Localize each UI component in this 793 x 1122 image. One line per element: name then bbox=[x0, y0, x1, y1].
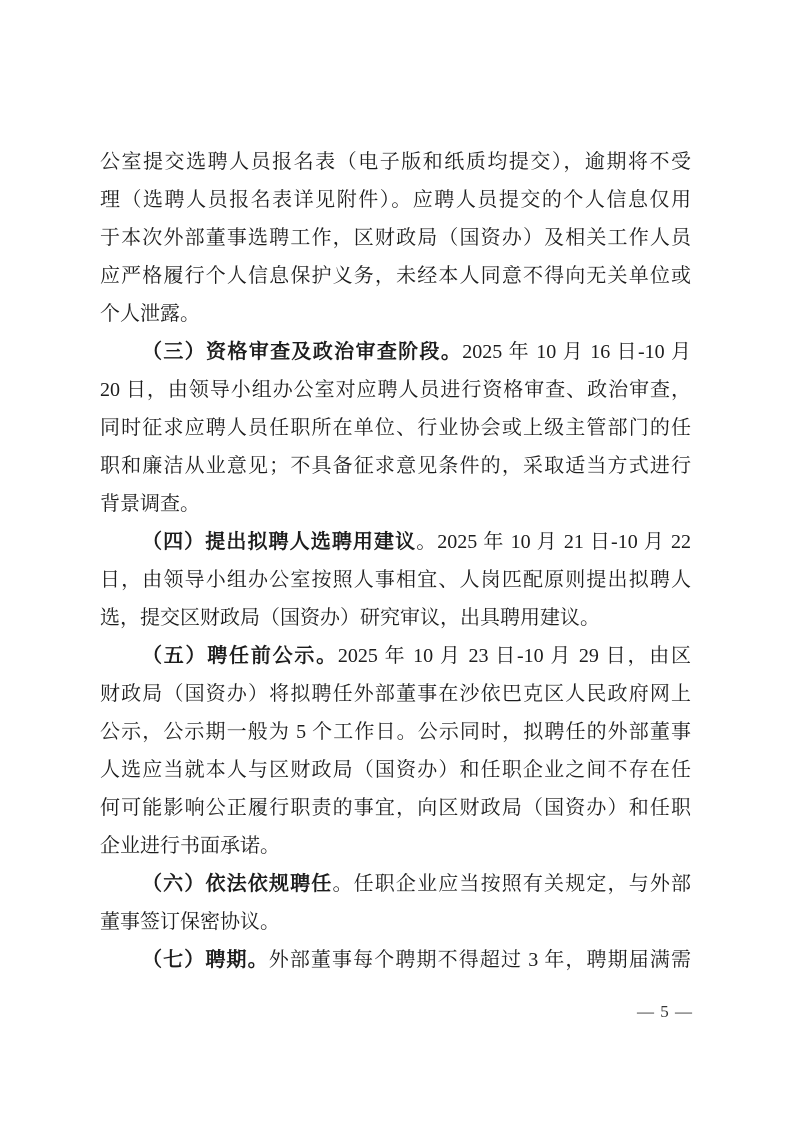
text-run: 外部董事每个聘期不得超过 3 年，聘期届满需 bbox=[269, 949, 691, 971]
text-line: 个人泄露。 bbox=[100, 295, 691, 333]
text-run: 背景调查。 bbox=[100, 493, 200, 515]
text-line: 背景调查。 bbox=[100, 485, 691, 523]
section-heading: （六）依法依规聘任 bbox=[142, 873, 332, 895]
text-run: 同时征求应聘人员任职所在单位、行业协会或上级主管部门的任 bbox=[100, 417, 691, 439]
text-block: 公室提交选聘人员报名表（电子版和纸质均提交），逾期将不受理（选聘人员报名表详见附… bbox=[100, 143, 691, 979]
text-run: 财政局（国资办）将拟聘任外部董事在沙依巴克区人民政府网上 bbox=[100, 683, 691, 705]
text-run: 个人泄露。 bbox=[100, 303, 200, 325]
text-line: 20 日，由领导小组办公室对应聘人员进行资格审查、政治审查， bbox=[100, 371, 691, 409]
section-heading: （五）聘任前公示。 bbox=[142, 645, 338, 667]
text-line: 应严格履行个人信息保护义务，未经本人同意不得向无关单位或 bbox=[100, 257, 691, 295]
text-line: 理（选聘人员报名表详见附件）。应聘人员提交的个人信息仅用 bbox=[100, 181, 691, 219]
text-run: 何可能影响公正履行职责的事宜，向区财政局（国资办）和任职 bbox=[100, 797, 691, 819]
text-run: 公示，公示期一般为 5 个工作日。公示同时，拟聘任的外部董事 bbox=[100, 721, 691, 743]
text-run: 职和廉洁从业意见；不具备征求意见条件的，采取适当方式进行 bbox=[100, 455, 691, 477]
text-line: 财政局（国资办）将拟聘任外部董事在沙依巴克区人民政府网上 bbox=[100, 675, 691, 713]
text-run: 。2025 年 10 月 21 日-10 月 22 bbox=[416, 531, 691, 553]
text-line: 何可能影响公正履行职责的事宜，向区财政局（国资办）和任职 bbox=[100, 789, 691, 827]
text-line: 企业进行书面承诺。 bbox=[100, 827, 691, 865]
text-line: 人选应当就本人与区财政局（国资办）和任职企业之间不存在任 bbox=[100, 751, 691, 789]
text-line: 选，提交区财政局（国资办）研究审议，出具聘用建议。 bbox=[100, 599, 691, 637]
text-run: 2025 年 10 月 23 日-10 月 29 日，由区 bbox=[338, 645, 691, 667]
text-run: 2025 年 10 月 16 日-10 月 bbox=[462, 341, 691, 363]
text-line: 日，由领导小组办公室按照人事相宜、人岗匹配原则提出拟聘人 bbox=[100, 561, 691, 599]
text-run: 公室提交选聘人员报名表（电子版和纸质均提交），逾期将不受 bbox=[100, 151, 691, 173]
text-line: （三）资格审查及政治审查阶段。2025 年 10 月 16 日-10 月 bbox=[100, 333, 691, 371]
text-line: 董事签订保密协议。 bbox=[100, 903, 691, 941]
section-heading: （七）聘期。 bbox=[142, 949, 269, 971]
text-run: 人选应当就本人与区财政局（国资办）和任职企业之间不存在任 bbox=[100, 759, 691, 781]
text-run: 董事签订保密协议。 bbox=[100, 911, 280, 933]
page-number: — 5 — bbox=[637, 999, 693, 1025]
text-run: 于本次外部董事选聘工作，区财政局（国资办）及相关工作人员 bbox=[100, 227, 691, 249]
section-heading: （三）资格审查及政治审查阶段。 bbox=[142, 341, 462, 363]
section-heading: （四）提出拟聘人选聘用建议 bbox=[142, 531, 416, 553]
text-run: 选，提交区财政局（国资办）研究审议，出具聘用建议。 bbox=[100, 607, 600, 629]
text-line: 于本次外部董事选聘工作，区财政局（国资办）及相关工作人员 bbox=[100, 219, 691, 257]
text-run: 理（选聘人员报名表详见附件）。应聘人员提交的个人信息仅用 bbox=[100, 189, 691, 211]
text-line: （六）依法依规聘任。任职企业应当按照有关规定，与外部 bbox=[100, 865, 691, 903]
text-line: 公室提交选聘人员报名表（电子版和纸质均提交），逾期将不受 bbox=[100, 143, 691, 181]
text-run: 。任职企业应当按照有关规定，与外部 bbox=[332, 873, 691, 895]
text-line: （七）聘期。外部董事每个聘期不得超过 3 年，聘期届满需 bbox=[100, 941, 691, 979]
text-run: 应严格履行个人信息保护义务，未经本人同意不得向无关单位或 bbox=[100, 265, 691, 287]
text-run: 日，由领导小组办公室按照人事相宜、人岗匹配原则提出拟聘人 bbox=[100, 569, 691, 591]
text-run: 企业进行书面承诺。 bbox=[100, 835, 280, 857]
text-line: 职和廉洁从业意见；不具备征求意见条件的，采取适当方式进行 bbox=[100, 447, 691, 485]
text-run: 20 日，由领导小组办公室对应聘人员进行资格审查、政治审查， bbox=[100, 379, 691, 401]
document-page: 公室提交选聘人员报名表（电子版和纸质均提交），逾期将不受理（选聘人员报名表详见附… bbox=[0, 0, 793, 1122]
text-line: （四）提出拟聘人选聘用建议。2025 年 10 月 21 日-10 月 22 bbox=[100, 523, 691, 561]
text-line: 公示，公示期一般为 5 个工作日。公示同时，拟聘任的外部董事 bbox=[100, 713, 691, 751]
text-line: 同时征求应聘人员任职所在单位、行业协会或上级主管部门的任 bbox=[100, 409, 691, 447]
text-line: （五）聘任前公示。2025 年 10 月 23 日-10 月 29 日，由区 bbox=[100, 637, 691, 675]
